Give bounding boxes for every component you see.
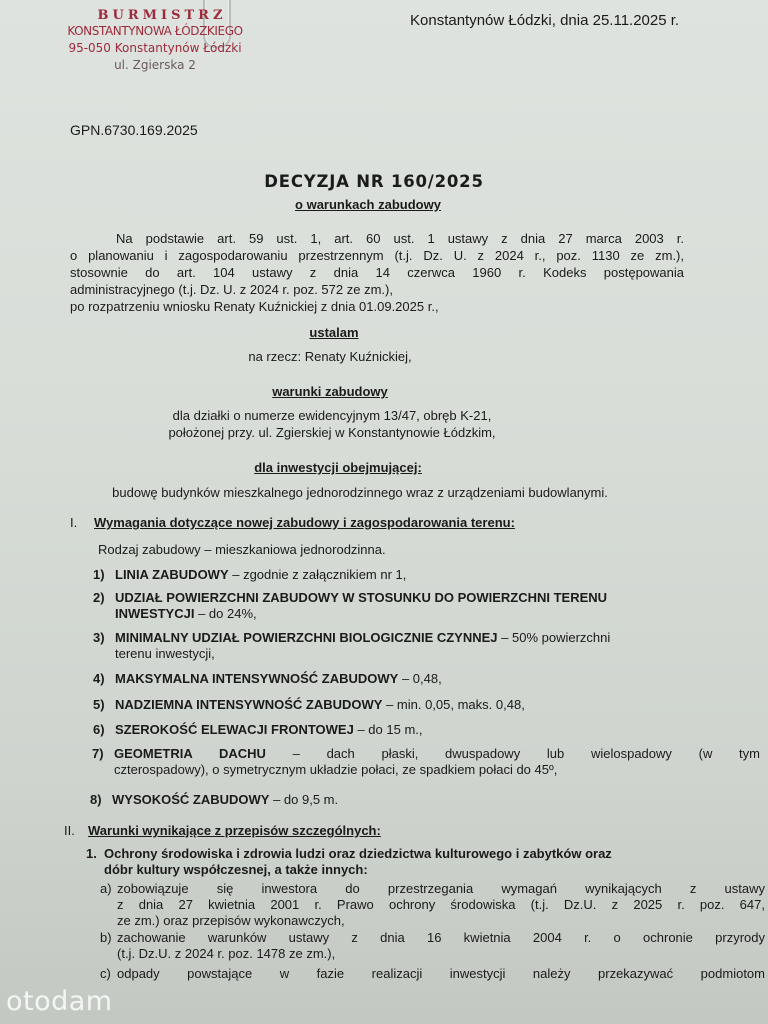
- preamble-line: stosownie do art. 104 ustawy z dnia 14 c…: [70, 264, 684, 281]
- stamp-office: KONSTANTYNOWA ŁÓDZKIEGO: [50, 23, 260, 40]
- stamp-street: ul. Zgierska 2: [50, 57, 260, 74]
- decision-title: DECYZJA NR 160/2025: [0, 172, 758, 191]
- condition-subitem: a)zobowiązuje się inwestora do przestrze…: [100, 881, 765, 929]
- place-date: Konstantynów Łódzki, dnia 25.11.2025 r.: [410, 12, 679, 29]
- stamp-title: BURMISTRZ: [64, 8, 260, 23]
- office-stamp: BURMISTRZ KONSTANTYNOWA ŁÓDZKIEGO 95-050…: [50, 8, 260, 74]
- requirement-item: 1)LINIA ZABUDOWY – zgodnie z załącznikie…: [93, 567, 406, 583]
- requirement-item: 3)MINIMALNY UDZIAŁ POWIERZCHNI BIOLOGICZ…: [93, 630, 610, 662]
- beneficiary: na rzecz: Renaty Kuźnickiej,: [0, 349, 714, 364]
- condition-subitem: c)odpady powstające w fazie realizacji i…: [100, 966, 765, 982]
- preamble-line: Na podstawie art. 59 ust. 1, art. 60 ust…: [70, 230, 684, 247]
- section-number: I.: [70, 515, 94, 530]
- investment-description: budowę budynków mieszkalnego jednorodzin…: [0, 485, 744, 500]
- reference-number: GPN.6730.169.2025: [70, 122, 198, 138]
- preamble-line: o planowaniu i zagospodarowaniu przestrz…: [70, 247, 684, 264]
- requirement-item: 2)UDZIAŁ POWIERZCHNI ZABUDOWY W STOSUNKU…: [93, 590, 607, 622]
- requirement-item: 4)MAKSYMALNA INTENSYWNOŚĆ ZABUDOWY – 0,4…: [93, 671, 442, 687]
- otodam-watermark-logo: otodam: [6, 986, 113, 1017]
- section-number: II.: [64, 823, 88, 838]
- section-1-heading: I.Wymagania dotyczące nowej zabudowy i z…: [70, 515, 515, 530]
- preamble-line: po rozpatrzeniu wniosku Renaty Kuźnickie…: [70, 298, 684, 315]
- document-page: BURMISTRZ KONSTANTYNOWA ŁÓDZKIEGO 95-050…: [0, 0, 768, 1024]
- requirement-item: 5)NADZIEMNA INTENSYWNOŚĆ ZABUDOWY – min.…: [93, 697, 525, 713]
- preamble: Na podstawie art. 59 ust. 1, art. 60 ust…: [70, 230, 684, 315]
- preamble-line: administracyjnego (t.j. Dz. U. z 2024 r.…: [70, 281, 684, 298]
- section-title: Wymagania dotyczące nowej zabudowy i zag…: [94, 515, 515, 530]
- plot-line: dla działki o numerze ewidencyjnym 13/47…: [0, 408, 716, 423]
- stamp-postcode: 95-050 Konstantynów Łódzki: [50, 40, 260, 57]
- requirement-item: 6)SZEROKOŚĆ ELEWACJI FRONTOWEJ – do 15 m…: [93, 722, 423, 738]
- condition-subitem: b)zachowanie warunków ustawy z dnia 16 k…: [100, 930, 765, 962]
- requirement-item: 8)WYSOKOŚĆ ZABUDOWY – do 9,5 m.: [90, 792, 338, 808]
- warunki-heading: warunki zabudowy: [0, 384, 714, 399]
- requirement-item: 7)GEOMETRIA DACHU – dach płaski, dwuspad…: [92, 746, 760, 778]
- condition-point: 1.Ochrony środowiska i zdrowia ludzi ora…: [86, 846, 766, 878]
- section-2-heading: II.Warunki wynikające z przepisów szczeg…: [64, 823, 381, 838]
- decision-subtitle: o warunkach zabudowy: [0, 197, 752, 212]
- ustalam-heading: ustalam: [0, 325, 718, 340]
- plot-address: położonej przy. ul. Zgierskiej w Konstan…: [0, 425, 716, 440]
- section-title: Warunki wynikające z przepisów szczególn…: [88, 823, 381, 838]
- investment-heading: dla inwestycji obejmującej:: [0, 460, 722, 475]
- building-type: Rodzaj zabudowy – mieszkaniowa jednorodz…: [98, 542, 386, 558]
